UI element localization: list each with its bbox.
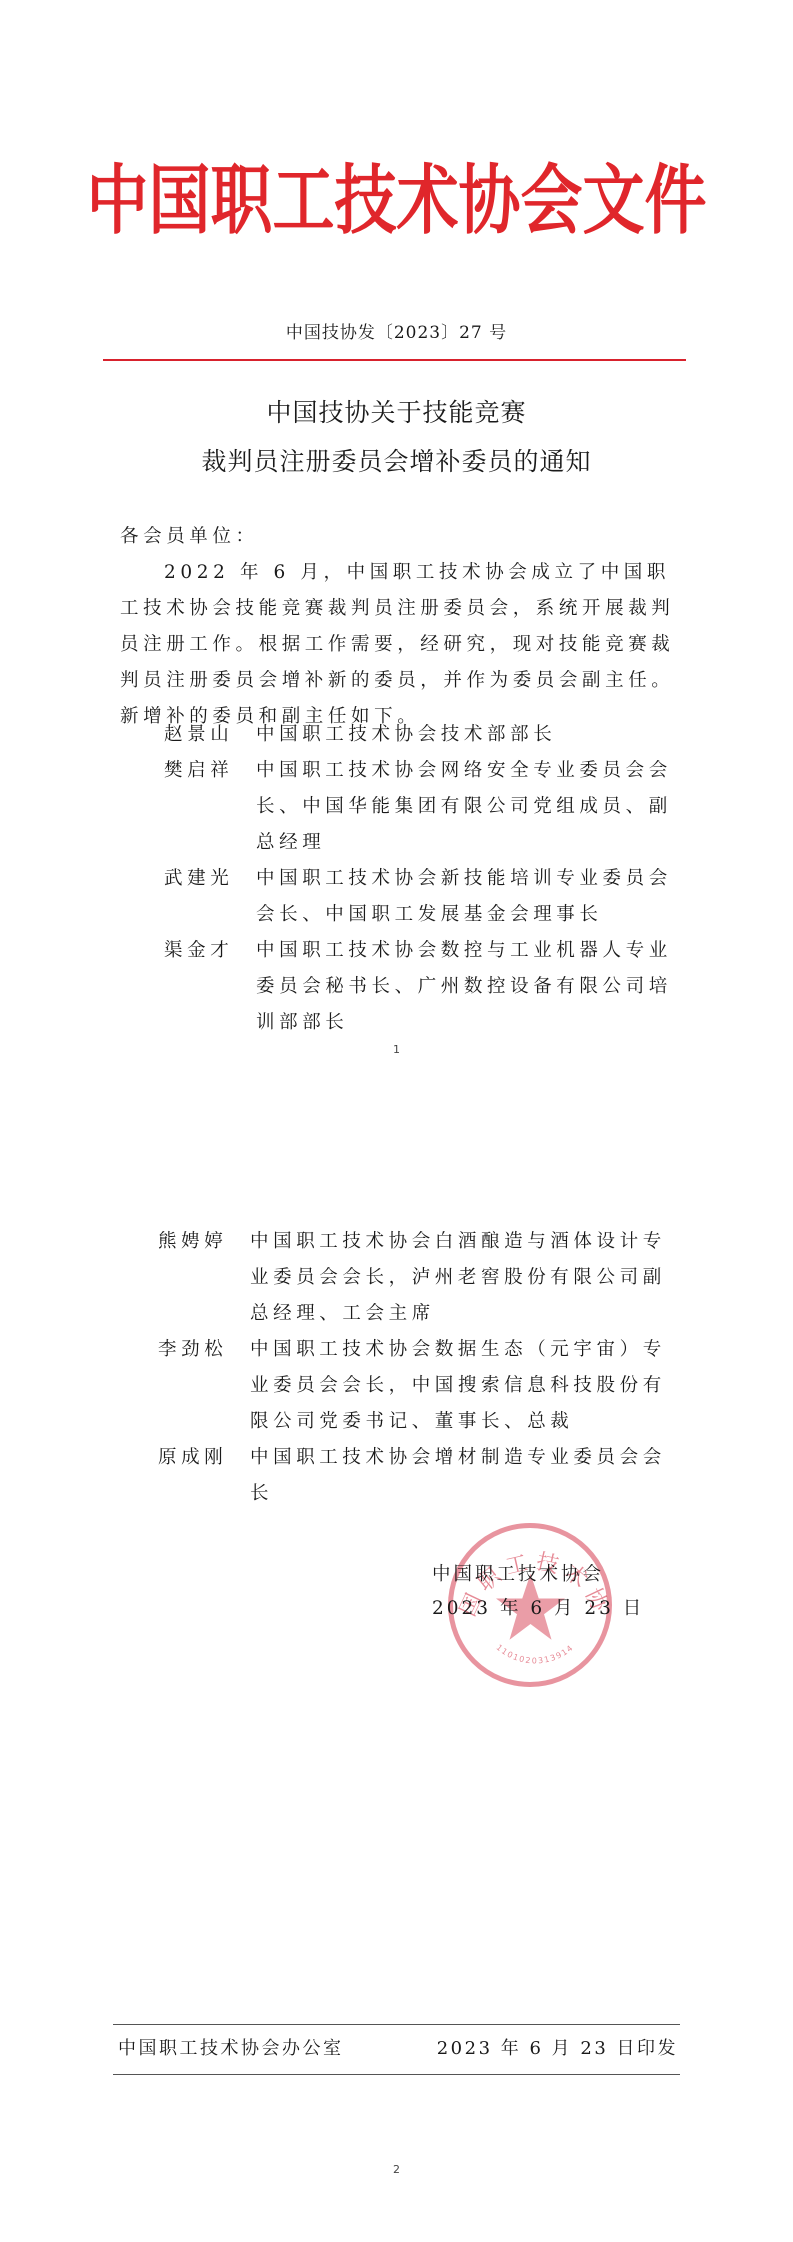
red-divider	[103, 359, 686, 361]
member-entry: 武建光 中国职工技术协会新技能培训专业委员会会长、中国职工发展基金会理事长	[164, 861, 676, 933]
signature-org: 中国职工技术协会	[432, 1560, 604, 1586]
member-role: 中国职工技术协会新技能培训专业委员会会长、中国职工发展基金会理事长	[256, 861, 676, 933]
svg-text:1101020313914: 1101020313914	[494, 1643, 575, 1666]
footer-print-date: 2023 年 6 月 23 日印发	[437, 2034, 678, 2060]
signature-date: 2023 年 6 月 23 日	[432, 1594, 644, 1620]
member-name: 武建光	[164, 861, 256, 933]
member-entry: 原成刚 中国职工技术协会增材制造专业委员会会长	[158, 1440, 670, 1512]
page-number-2: 2	[0, 2163, 793, 2176]
member-name: 原成刚	[158, 1440, 250, 1512]
masthead-title: 中国职工技术协会文件	[0, 140, 793, 249]
footer-top-rule	[113, 2024, 680, 2025]
member-role: 中国职工技术协会网络安全专业委员会会长、中国华能集团有限公司党组成员、副总经理	[256, 753, 676, 861]
member-role: 中国职工技术协会白酒酿造与酒体设计专业委员会会长，泸州老窖股份有限公司副总经理、…	[250, 1224, 670, 1332]
salutation: 各会员单位：	[120, 519, 259, 555]
member-role: 中国职工技术协会数据生态（元宇宙）专业委员会会长，中国搜索信息科技股份有限公司党…	[250, 1332, 670, 1440]
document-number: 中国技协发〔2023〕27 号	[0, 318, 793, 343]
seal-number: 1101020313914	[494, 1643, 575, 1666]
footer-row: 中国职工技术协会办公室 2023 年 6 月 23 日印发	[118, 2034, 678, 2060]
member-entry: 樊启祥 中国职工技术协会网络安全专业委员会会长、中国华能集团有限公司党组成员、副…	[164, 753, 676, 861]
member-entry: 渠金才 中国职工技术协会数控与工业机器人专业委员会秘书长、广州数控设备有限公司培…	[164, 933, 676, 1041]
member-role: 中国职工技术协会增材制造专业委员会会长	[250, 1440, 670, 1512]
page-number-1: 1	[0, 1043, 793, 1056]
member-entry: 李劲松 中国职工技术协会数据生态（元宇宙）专业委员会会长，中国搜索信息科技股份有…	[158, 1332, 670, 1440]
member-role: 中国职工技术协会数控与工业机器人专业委员会秘书长、广州数控设备有限公司培训部部长	[256, 933, 676, 1041]
member-name: 渠金才	[164, 933, 256, 1041]
member-name: 熊娉婷	[158, 1224, 250, 1332]
body-paragraph: 2022 年 6 月，中国职工技术协会成立了中国职工技术协会技能竞赛裁判员注册委…	[120, 555, 680, 735]
member-entry: 赵景山 中国职工技术协会技术部部长	[164, 717, 676, 753]
footer-bottom-rule	[113, 2074, 680, 2075]
member-list-page-2: 熊娉婷 中国职工技术协会白酒酿造与酒体设计专业委员会会长，泸州老窖股份有限公司副…	[158, 1224, 670, 1512]
member-role: 中国职工技术协会技术部部长	[256, 717, 676, 753]
footer-office: 中国职工技术协会办公室	[118, 2034, 344, 2060]
document-title-line-1: 中国技协关于技能竞赛	[0, 393, 793, 429]
member-list-page-1: 赵景山 中国职工技术协会技术部部长 樊启祥 中国职工技术协会网络安全专业委员会会…	[164, 717, 676, 1041]
member-name: 赵景山	[164, 717, 256, 753]
document-title-line-2: 裁判员注册委员会增补委员的通知	[0, 442, 793, 478]
member-name: 樊启祥	[164, 753, 256, 861]
member-entry: 熊娉婷 中国职工技术协会白酒酿造与酒体设计专业委员会会长，泸州老窖股份有限公司副…	[158, 1224, 670, 1332]
member-name: 李劲松	[158, 1332, 250, 1440]
